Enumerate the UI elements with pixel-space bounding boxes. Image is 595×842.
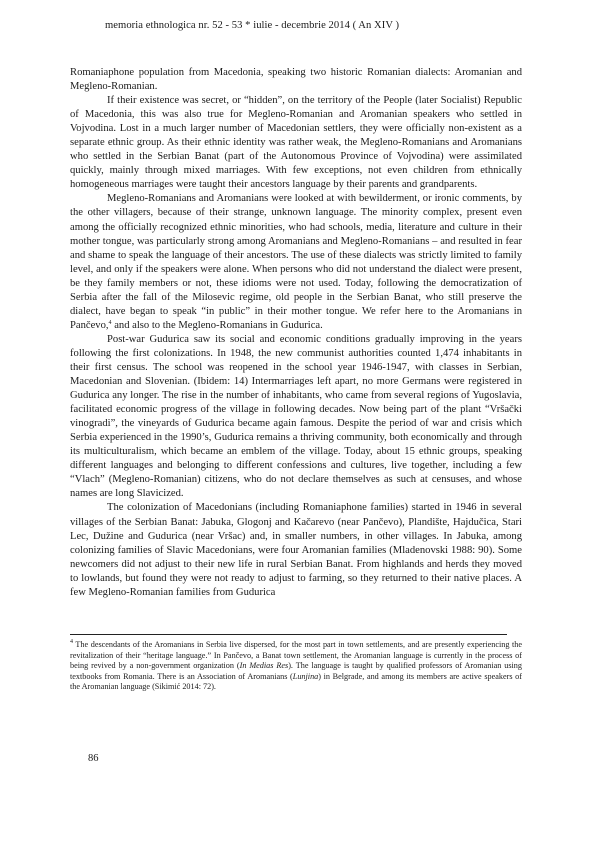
footnote-text: 4 The descendants of the Aromanians in S… [70,640,522,693]
footnote-separator [70,634,507,635]
running-header: memoria ethnologica nr. 52 - 53 * iulie … [0,20,595,31]
association-name: Lunjina [293,672,318,681]
running-title: memoria ethnologica nr. 52 - 53 * iulie … [105,20,399,31]
main-text: Romaniaphone population from Macedonia, … [70,66,522,600]
paragraph: The colonization of Macedonians (includi… [70,501,522,599]
page-number: 86 [88,753,99,764]
footnote: 4 The descendants of the Aromanians in S… [70,640,522,693]
paragraph: Post-war Gudurica saw its social and eco… [70,333,522,502]
paragraph: Romaniaphone population from Macedonia, … [70,66,522,94]
organization-name: In Medias Res [240,661,289,670]
paragraph: Megleno-Romanians and Aromanians were lo… [70,192,522,332]
paragraph-text: and also to the Megleno-Romanians in Gud… [112,320,323,331]
paragraph-text: Megleno-Romanians and Aromanians were lo… [70,193,522,330]
paragraph: If their existence was secret, or “hidde… [70,94,522,192]
